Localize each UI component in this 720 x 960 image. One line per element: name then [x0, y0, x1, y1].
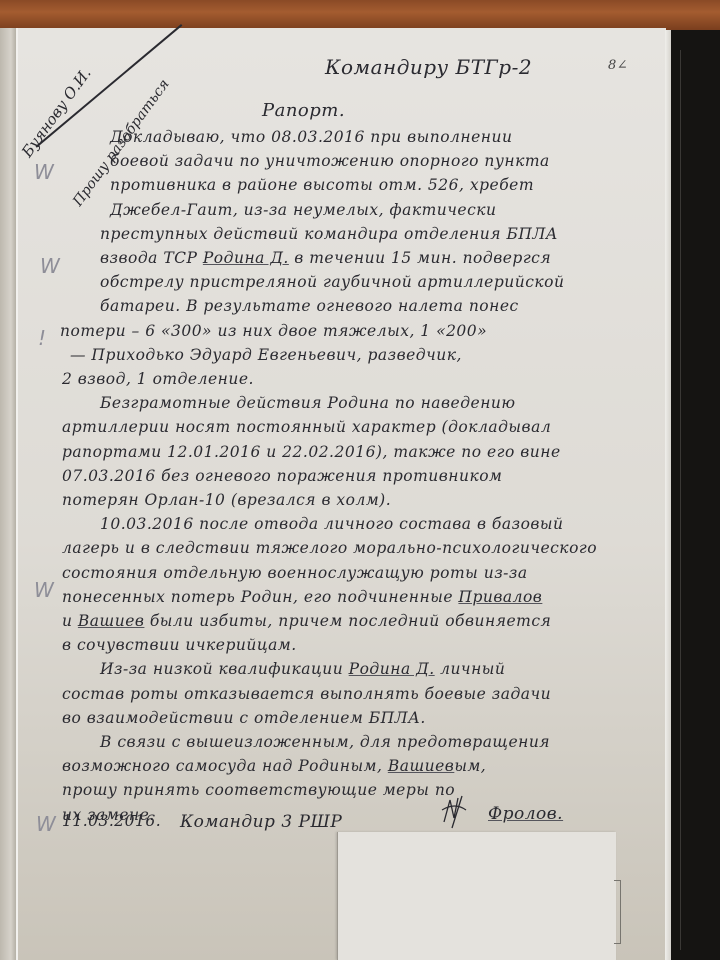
signature-mark-icon [440, 792, 470, 830]
report-body-line: — Приходько Эдуард Евгеньевич, разведчик… [70, 346, 462, 364]
report-body-line: 07.03.2016 без огневого поражения против… [62, 467, 502, 485]
report-body-line: в сочувствии ичкерийцам. [62, 636, 297, 654]
report-body-line: потерян Орлан-10 (врезался в холм). [62, 491, 391, 509]
footer-position: Командир 3 РШР [180, 812, 342, 832]
report-body-line: возможного самосуда над Родиным, Вашиевы… [62, 757, 486, 775]
margin-check-mark: W [34, 160, 54, 184]
report-body-line: и Вашиев были избиты, причем последний о… [62, 612, 551, 630]
underlined-name: Привалов [458, 588, 542, 606]
report-body-line: во взаимодействии с отделением БПЛА. [62, 709, 426, 727]
report-body-line: лагерь и в следствии тяжелого морально-п… [62, 539, 597, 557]
report-body-line: Из-за низкой квалификации Родина Д. личн… [100, 660, 505, 678]
report-body-line: рапортами 12.01.2016 и 22.02.2016), такж… [62, 443, 561, 461]
report-body-line: потери – 6 «300» из них двое тяжелых, 1 … [60, 322, 487, 340]
report-body-line: прошу принять соответствующие меры по [62, 781, 455, 799]
report-body-line: В связи с вышеизложенным, для предотвращ… [100, 733, 550, 751]
margin-check-mark: W [40, 254, 60, 278]
black-folder-cover [670, 30, 720, 960]
report-body-line: понесенных потерь Родин, его подчиненные… [62, 588, 542, 606]
report-body-line: Докладываю, что 08.03.2016 при выполнени… [110, 128, 512, 146]
report-body-line: противника в районе высоты отм. 526, хре… [110, 176, 534, 194]
addressee-line: Командиру БТГр-2 [325, 55, 532, 79]
report-body-line: боевой задачи по уничтожению опорного пу… [110, 152, 550, 170]
report-body-line: преступных действий командира отделения … [100, 225, 558, 243]
report-body-line: Безграмотные действия Родина по наведени… [100, 394, 516, 412]
report-body-line: обстрелу пристреляной гаубичной артиллер… [100, 273, 565, 291]
folder-ring-bracket [614, 880, 621, 944]
underlined-name: Родина Д. [203, 249, 289, 267]
report-body-line: состояния отдельную военнослужащую роты … [62, 564, 528, 582]
report-body-line: 10.03.2016 после отвода личного состава … [100, 515, 564, 533]
report-body-line: батареи. В результате огневого налета по… [100, 297, 519, 315]
document-title: Рапорт. [262, 100, 345, 121]
margin-check-mark: W [34, 578, 54, 602]
report-body-line: Джебел-Гаит, из-за неумелых, фактически [110, 201, 497, 219]
report-body-line: взвода ТСР Родина Д. в течении 15 мин. п… [100, 249, 551, 267]
report-body-line: 2 взвод, 1 отделение. [62, 370, 254, 388]
blank-sticky-note [337, 832, 616, 960]
report-body-line: артиллерии носят постоянный характер (до… [62, 418, 551, 436]
margin-check-mark: W [36, 812, 56, 836]
underlined-name: Родина Д. [349, 660, 435, 678]
underlined-name: Вашиев [388, 757, 455, 775]
report-body-line: состав роты отказывается выполнять боевы… [62, 685, 551, 703]
footer-date: 11.03.2016. [62, 812, 161, 830]
margin-exclamation-mark: ! [38, 326, 46, 350]
page-mark: 8∠ [608, 58, 628, 73]
underlined-name: Вашиев [78, 612, 145, 630]
wooden-table-surface [0, 0, 720, 30]
footer-signature-name: Фролов. [488, 804, 563, 824]
plastic-sleeve-edge [665, 30, 671, 960]
